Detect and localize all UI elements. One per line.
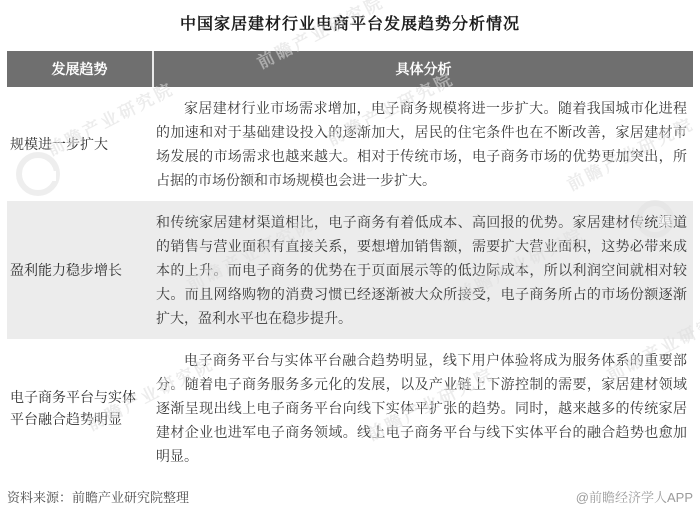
trend-cell: 电子商务平台与实体平台融合趋势明显 bbox=[7, 339, 152, 477]
analysis-cell: 家居建材行业市场需求增加，电子商务规模将进一步扩大。随着我国城市化进程的加速和对… bbox=[152, 87, 693, 201]
page-title: 中国家居建材行业电商平台发展趋势分析情况 bbox=[0, 0, 700, 34]
trend-analysis-table: 发展趋势 具体分析 规模进一步扩大 家居建材行业市场需求增加，电子商务规模将进一… bbox=[7, 51, 693, 477]
source-note: 资料来源：前瞻产业研究院整理 bbox=[7, 487, 189, 506]
column-header-analysis: 具体分析 bbox=[152, 51, 693, 87]
trend-cell: 规模进一步扩大 bbox=[7, 87, 152, 201]
analysis-cell: 电子商务平台与实体平台融合趋势明显，线下用户体验将成为服务体系的重要部分。随着电… bbox=[152, 339, 693, 477]
report-page: 前瞻产业研究院 前瞻产业研究院 前瞻产业研究院 前瞻产业研究院 前瞻产业研究院 … bbox=[0, 0, 700, 514]
app-credit: @前瞻经济学人APP bbox=[576, 487, 693, 506]
table-row: 规模进一步扩大 家居建材行业市场需求增加，电子商务规模将进一步扩大。随着我国城市… bbox=[7, 87, 693, 201]
table-row: 电子商务平台与实体平台融合趋势明显 电子商务平台与实体平台融合趋势明显，线下用户… bbox=[7, 339, 693, 477]
trend-cell: 盈利能力稳步增长 bbox=[7, 201, 152, 339]
footer: 资料来源：前瞻产业研究院整理 @前瞻经济学人APP bbox=[7, 487, 693, 514]
table-row: 盈利能力稳步增长 和传统家居建材渠道相比，电子商务有着低成本、高回报的优势。家居… bbox=[7, 201, 693, 339]
table-header-row: 发展趋势 具体分析 bbox=[7, 51, 693, 87]
column-header-trend: 发展趋势 bbox=[7, 51, 152, 87]
analysis-cell: 和传统家居建材渠道相比，电子商务有着低成本、高回报的优势。家居建材传统渠道的销售… bbox=[152, 201, 693, 339]
